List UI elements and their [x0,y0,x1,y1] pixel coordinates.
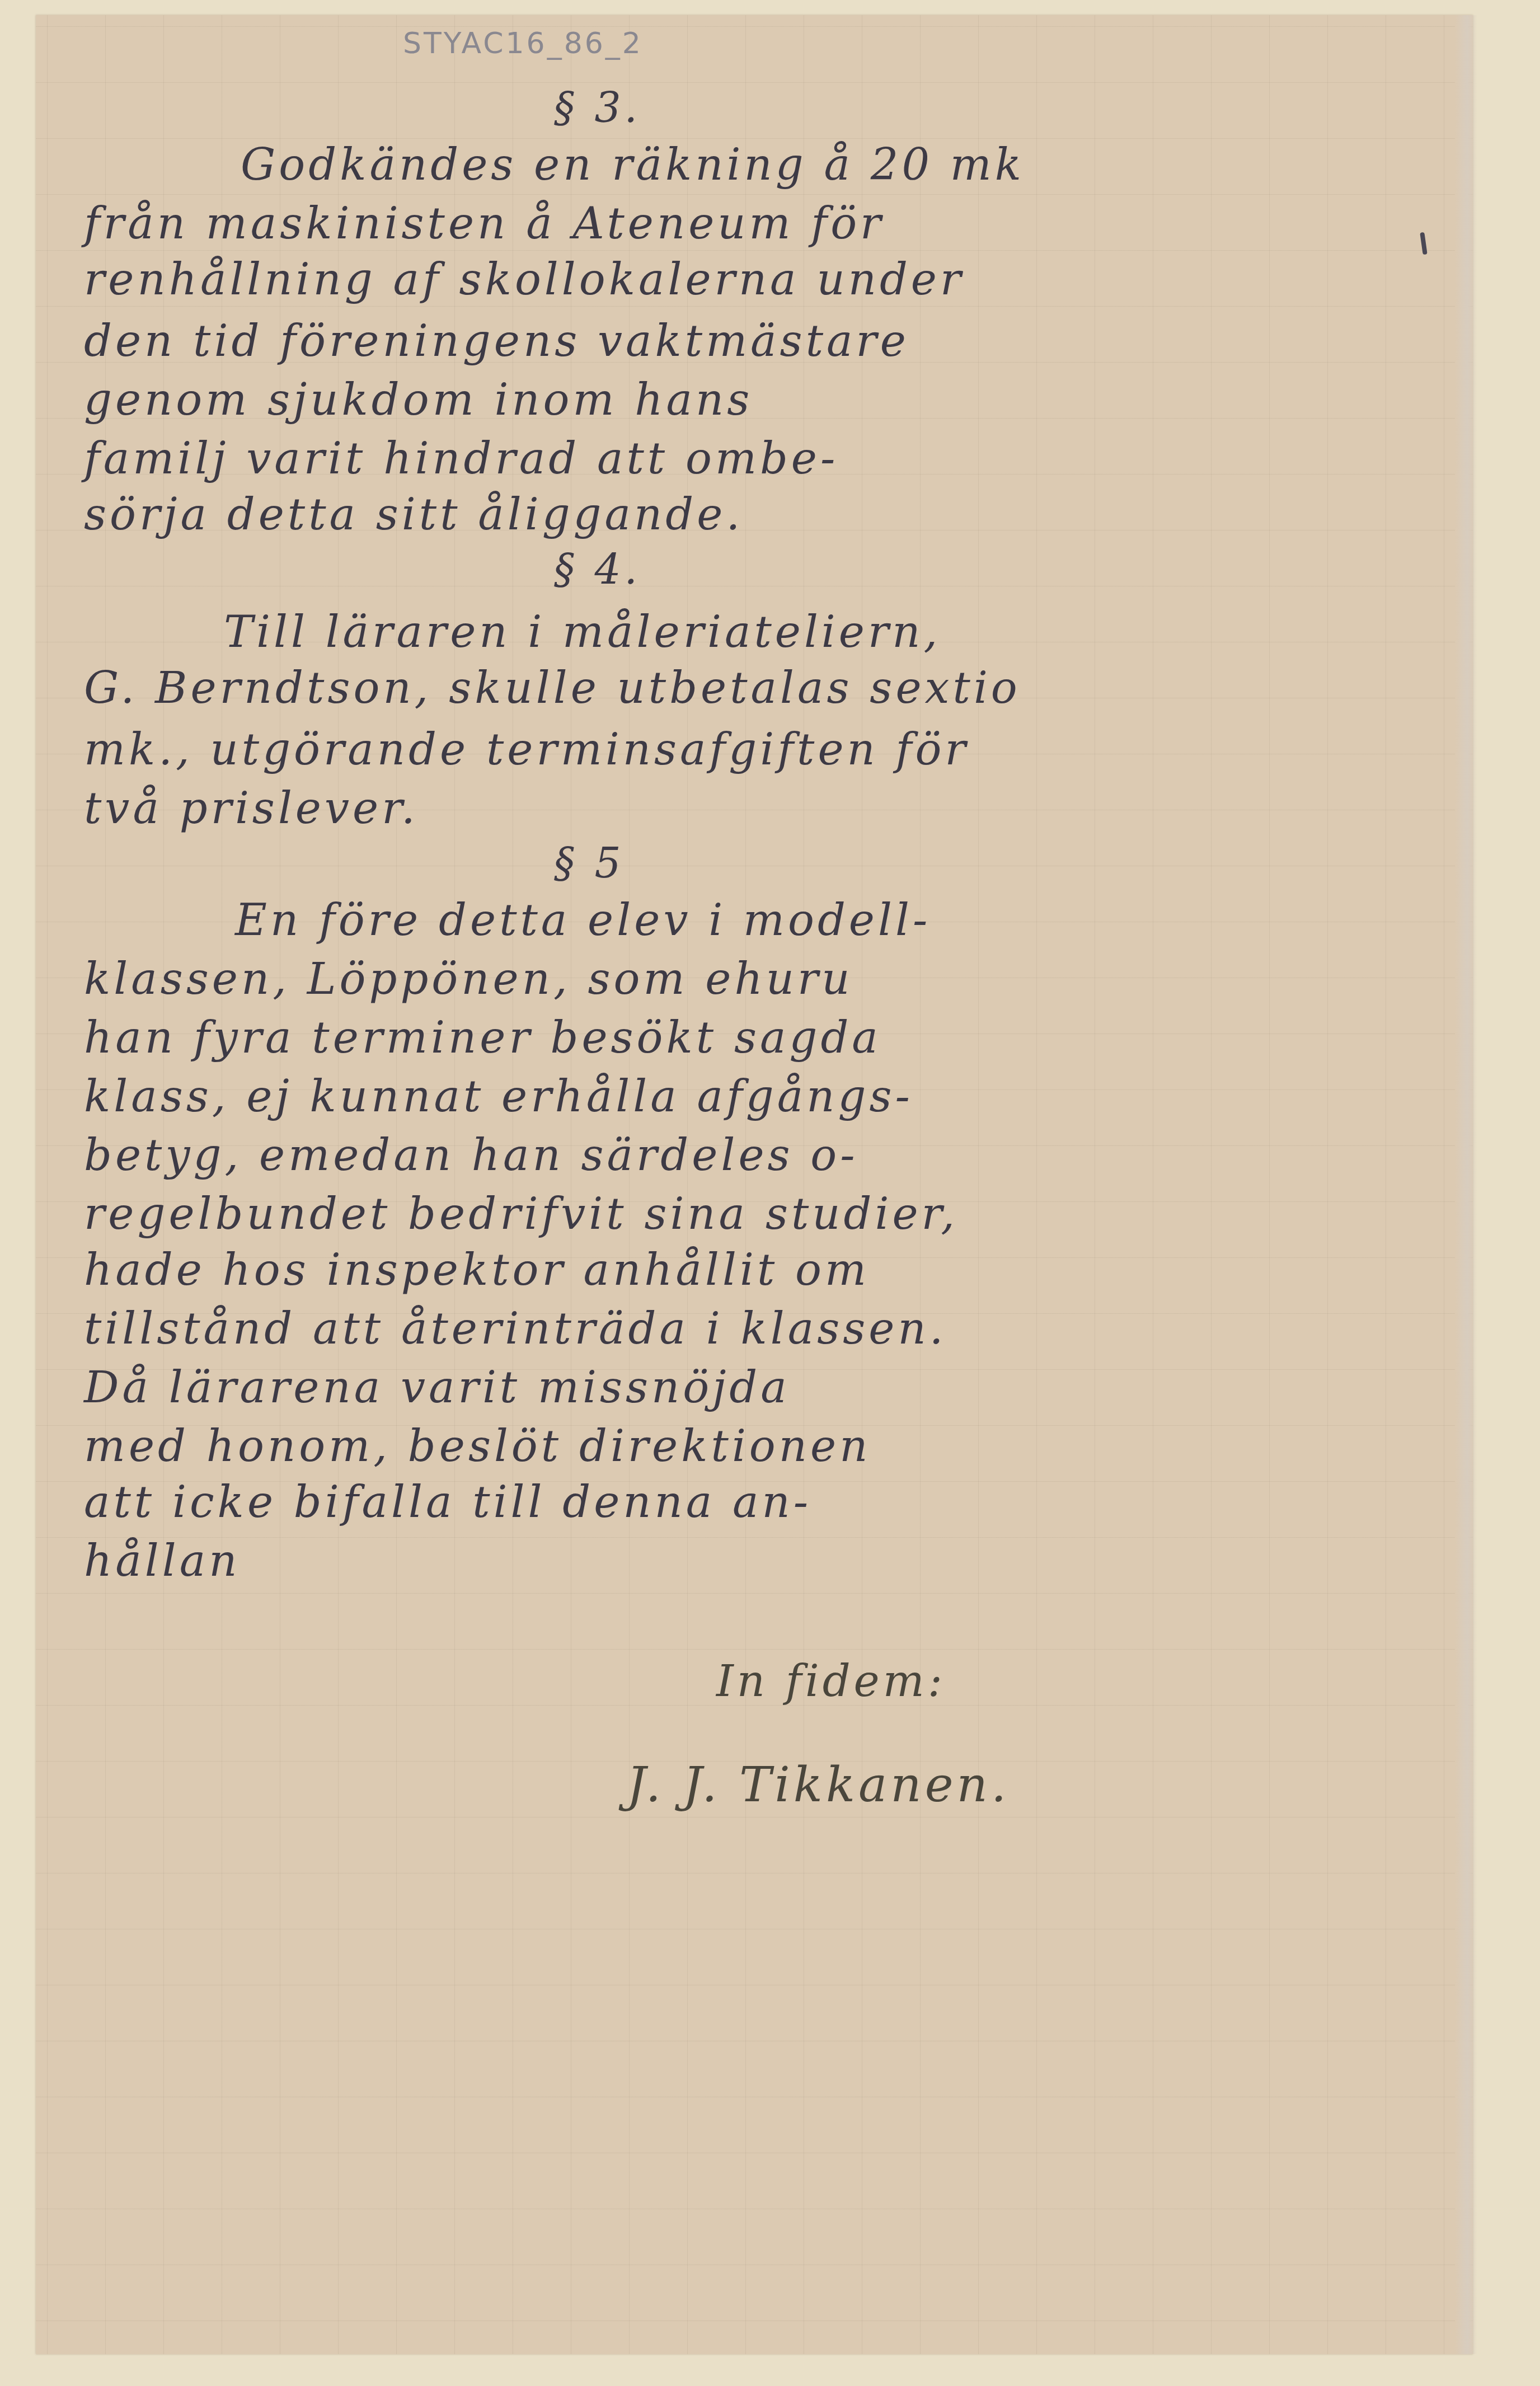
archive-id: STYAC16_86_2 [403,27,643,60]
text-line: Till läraren i måleriateliern, [224,607,941,657]
text-line: han fyra terminer besökt sagda [84,1013,881,1063]
text-line: mk., utgörande terminsafgiften för [84,725,969,775]
section-heading-4: § 4. [554,546,641,594]
text-line: Godkändes en räkning å 20 mk [241,140,1025,190]
text-line: betyg, emedan han särdeles o- [84,1130,858,1181]
text-line: två prislever. [84,783,419,834]
section-heading-3: § 3. [554,84,641,132]
text-line: hållan [84,1536,240,1586]
attestation: In fidem: [716,1656,946,1707]
text-line: renhållning af skollokalerna under [84,255,964,305]
text-line: regelbundet bedrifvit sina studier, [84,1189,958,1239]
text-line: G. Berndtson, skulle utbetalas sextio [84,663,1021,713]
text-line: tillstånd att återinträda i klassen. [84,1304,947,1354]
text-line: familj varit hindrad att ombe- [84,434,838,484]
signature: J. J. Tikkanen. [627,1757,1010,1813]
section-heading-5: § 5 [554,839,625,887]
text-line: genom sjukdom inom hans [84,375,753,425]
text-line: klassen, Löppönen, som ehuru [84,954,853,1004]
text-line: att icke bifalla till denna an- [84,1477,811,1528]
torn-right-edge [1455,15,1477,2354]
text-line: Då lärarena varit missnöjda [84,1363,790,1413]
text-line: hade hos inspektor anhållit om [84,1245,870,1295]
text-line: En före detta elev i modell- [235,895,931,946]
text-line: sörja detta sitt åliggande. [84,490,743,540]
text-line: från maskinisten å Ateneum för [84,199,884,249]
text-line: den tid föreningens vaktmästare [84,316,909,367]
text-line: klass, ej kunnat erhålla afgångs- [84,1072,913,1122]
text-line: med honom, beslöt direktionen [84,1421,871,1472]
